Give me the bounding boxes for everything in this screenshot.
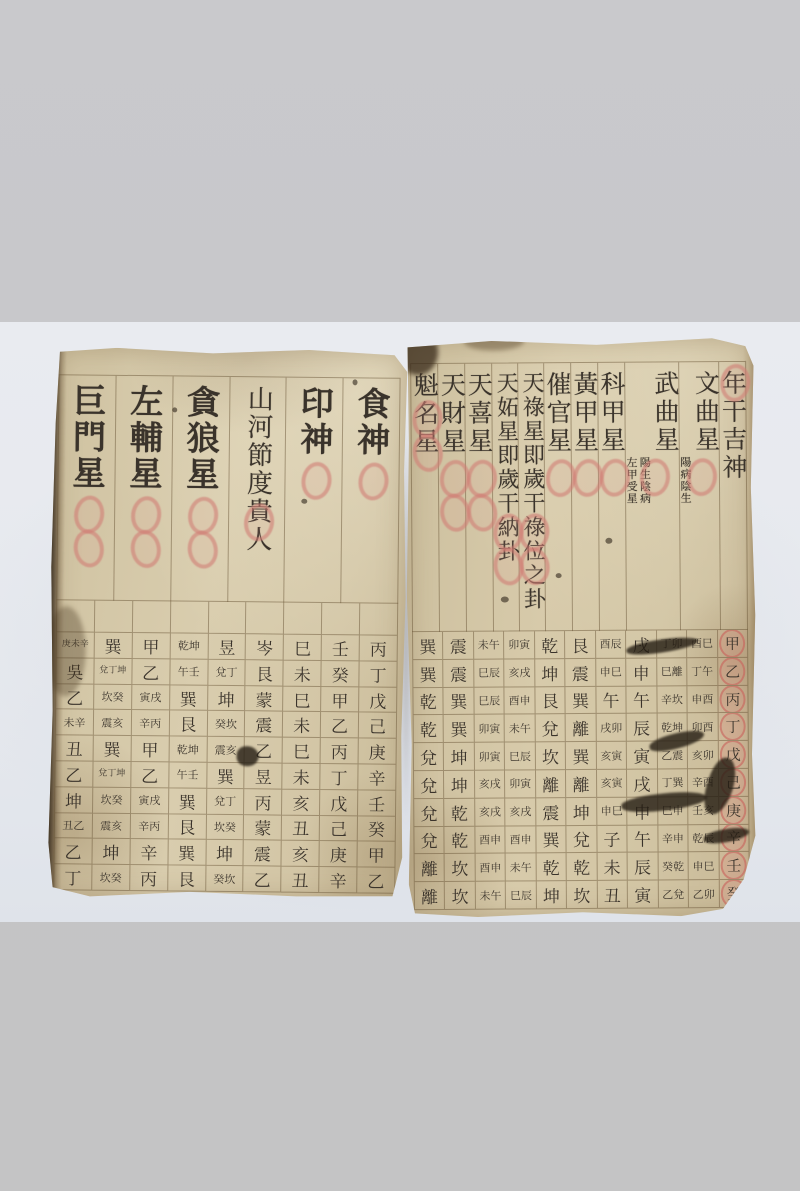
grid-cell: 坤	[54, 787, 92, 813]
column-title: 文曲星	[692, 370, 720, 630]
grid-cell: 蒙	[243, 815, 281, 841]
year-stem-cell: 甲	[717, 630, 748, 658]
grid-cell: 丑乙	[54, 813, 92, 839]
ink-dot	[172, 407, 177, 412]
grid-cell: 艮	[167, 814, 205, 840]
grid-cell: 乙	[54, 761, 92, 787]
grid-cell: 兌	[413, 771, 444, 799]
header-column-3: 武曲星陽生陰病左甲受星	[624, 362, 680, 630]
grid-cell: 乙	[130, 762, 168, 788]
grid-cell: 兌丁	[207, 660, 245, 686]
grid-cell: 乾	[413, 715, 444, 743]
grid-cell: 離	[565, 714, 596, 742]
grid-cell: 兌	[534, 715, 565, 743]
grid-cell: 巳辰	[504, 743, 535, 771]
grid-cell: 巽	[565, 686, 596, 714]
grid-cell: 離	[535, 770, 566, 798]
grid-cell: 離	[414, 854, 445, 882]
grid-cell: 亥寅	[596, 742, 627, 770]
grid-cell: 乾	[444, 826, 475, 854]
right-page-header-row: 年干吉神文曲星陽病陰生武曲星陽生陰病左甲受星科甲星黃甲星催官星天祿星即歲干祿位之…	[410, 361, 748, 632]
grid-cell: 巽	[535, 826, 566, 854]
column-title: 黃甲星	[571, 371, 599, 631]
grid-cell: 巳	[282, 738, 320, 764]
grid-cell: 震	[244, 712, 282, 738]
grid-cell: 巽	[168, 788, 206, 814]
grid-cell: 申巳	[688, 852, 719, 880]
grid-cell: 壬	[321, 635, 359, 661]
grid-cell: 午壬	[168, 762, 206, 788]
grid-cell: 巽	[412, 632, 443, 660]
year-stem-cell: 丙	[717, 685, 748, 713]
grid-cell: 坤	[91, 839, 129, 865]
left-page-table: 丙壬巳岑昱乾坤甲巽庚未辛丁癸未艮兌丁午壬乙兌丁坤吳戊甲巳蒙坤巽寅戌坎癸乙己乙未震…	[53, 599, 398, 894]
grid-cell: 酉申	[474, 854, 505, 882]
grid-cell: 兌	[413, 827, 444, 855]
grid-cell	[94, 601, 132, 633]
grid-cell: 巳辰	[473, 687, 504, 715]
grid-cell: 申巳	[595, 658, 626, 686]
grid-cell: 癸	[357, 816, 395, 842]
grid-cell: 未	[596, 853, 627, 881]
grid-cell: 亥	[281, 841, 319, 867]
column-title: 天祿星即歲干祿位之卦	[519, 371, 544, 631]
grid-cell: 坎	[444, 882, 475, 910]
year-stem-cell: 壬	[718, 852, 749, 880]
grid-cell: 酉辰	[595, 631, 626, 659]
grid-cell: 艮	[168, 711, 206, 737]
column-title: 左輔星	[125, 384, 162, 601]
grid-cell: 坎癸	[93, 684, 131, 710]
grid-cell: 巽	[92, 736, 130, 762]
grid-cell: 亥戌	[504, 659, 535, 687]
grid-cell: 卯寅	[474, 715, 505, 743]
grid-cell: 戊	[319, 790, 357, 816]
header-column-8: 天妬星即歲干納卦	[491, 363, 519, 631]
column-title: 科甲星	[598, 371, 626, 631]
grid-cell: 巽	[443, 715, 474, 743]
grid-cell: 兌丁坤	[93, 658, 131, 684]
grid-cell: 乙	[131, 659, 169, 685]
grid-cell: 岑	[245, 634, 283, 660]
ink-dot	[353, 379, 358, 385]
grid-cell: 坎	[535, 742, 566, 770]
grid-cell: 辛坎	[656, 686, 687, 714]
grid-cell: 亥寅	[596, 770, 627, 798]
grid-cell: 艮	[564, 631, 595, 659]
grid-cell: 未	[282, 712, 320, 738]
header-column-1: 年干吉神	[718, 362, 747, 630]
vermilion-ring: 壬	[721, 852, 747, 880]
grid-cell: 坤	[534, 659, 565, 687]
grid-cell: 辛	[318, 867, 356, 893]
grid-cell: 坤	[565, 798, 596, 826]
grid-cell: 未午	[475, 882, 506, 910]
grid-cell: 卯寅	[474, 743, 505, 771]
grid-cell: 坤	[205, 840, 243, 866]
grid-cell: 庚	[319, 841, 357, 867]
grid-cell: 坎癸	[91, 865, 129, 891]
grid-cell: 坎癸	[205, 814, 243, 840]
grid-cell: 丑	[281, 867, 319, 893]
grid-cell: 丑	[597, 881, 628, 909]
grid-cell: 巽	[565, 742, 596, 770]
header-column-4: 貪狼星	[170, 376, 229, 602]
grid-cell: 昱	[244, 763, 282, 789]
grid-cell: 亥	[281, 789, 319, 815]
vermilion-ring: 乙	[719, 658, 745, 686]
grid-cell: 乙	[320, 712, 358, 738]
grid-cell: 蒙	[245, 686, 283, 712]
grid-cell: 甲	[131, 633, 169, 659]
grid-cell: 未午	[473, 632, 504, 660]
grid-cell: 巳	[282, 686, 320, 712]
grid-cell: 乾坤	[168, 737, 206, 763]
header-column-2: 文曲星陽病陰生	[678, 362, 720, 630]
header-column-11: 魁名星	[410, 364, 439, 632]
grid-cell: 巳	[283, 635, 321, 661]
ink-dot	[605, 538, 612, 544]
grid-cell: 辛丙	[131, 710, 169, 736]
grid-cell: 乙卯	[688, 880, 719, 908]
header-column-9: 天喜星	[464, 364, 493, 632]
grid-cell: 丑	[281, 815, 319, 841]
grid-cell: 癸	[321, 661, 359, 687]
grid-cell: 震	[243, 841, 281, 867]
grid-cell: 丁	[358, 661, 396, 687]
grid-cell: 亥戌	[474, 798, 505, 826]
right-page: 年干吉神文曲星陽病陰生武曲星陽生陰病左甲受星科甲星黃甲星催官星天祿星即歲干祿位之…	[404, 337, 758, 919]
grid-cell: 巽	[206, 763, 244, 789]
grid-cell: 丙	[320, 738, 358, 764]
grid-cell: 震亥	[92, 813, 130, 839]
grid-cell: 己	[319, 816, 357, 842]
grid-cell: 酉申	[474, 826, 505, 854]
header-column-7: 天祿星即歲干祿位之卦	[517, 363, 545, 631]
grid-cell: 卯寅	[503, 631, 534, 659]
grid-cell: 震	[442, 632, 473, 660]
grid-cell: 丙	[129, 865, 167, 891]
year-stem-cell: 丁	[717, 713, 748, 741]
grid-cell: 寅	[627, 881, 658, 909]
grid-cell: 艮	[245, 660, 283, 686]
ink-dot	[501, 597, 509, 603]
grid-cell: 丙	[359, 635, 397, 661]
grid-cell	[132, 601, 170, 633]
grid-cell: 辰	[626, 714, 657, 742]
column-title: 武曲星	[652, 370, 680, 630]
header-column-10: 天財星	[437, 364, 466, 632]
grid-cell: 丁	[320, 764, 358, 790]
grid-cell: 辛	[357, 764, 395, 790]
grid-cell: 丑	[55, 735, 93, 761]
grid-cell: 乾坤	[169, 633, 207, 659]
grid-cell: 丁午	[686, 658, 717, 686]
grid-cell: 巽	[167, 840, 205, 866]
grid-cell: 乙	[356, 868, 394, 894]
grid-cell: 申酉	[687, 686, 718, 714]
grid-cell: 坤	[207, 685, 245, 711]
grid-cell: 艮	[167, 866, 205, 892]
grid-cell: 未午	[505, 854, 536, 882]
grid-cell: 坎	[566, 881, 597, 909]
grid-cell: 兌丁坤	[92, 762, 130, 788]
grid-cell: 乙	[243, 866, 281, 892]
ink-smudge	[237, 746, 259, 766]
ink-dot	[301, 499, 307, 504]
grid-cell: 亥戌	[474, 771, 505, 799]
grid-cell: 乾	[444, 799, 475, 827]
grid-cell: 亥戌	[505, 798, 536, 826]
grid-cell: 子	[596, 825, 627, 853]
header-column-2: 印神	[284, 378, 343, 604]
grid-cell: 兌	[413, 743, 444, 771]
grid-cell: 乾	[566, 853, 597, 881]
header-column-1: 食神	[340, 378, 399, 604]
grid-cell: 乙	[53, 839, 91, 865]
grid-cell: 庚	[358, 739, 396, 765]
grid-cell: 巳辰	[473, 659, 504, 687]
grid-cell: 巳離	[656, 658, 687, 686]
grid-cell: 未午	[504, 715, 535, 743]
grid-cell: 巽	[94, 633, 132, 659]
grid-cell: 未	[282, 764, 320, 790]
left-page: 食神印神山河節度貴人貪狼星左輔星巨門星 丙壬巳岑昱乾坤甲巽庚未辛丁癸未艮兌丁午壬…	[47, 346, 409, 902]
grid-cell	[359, 603, 397, 635]
ink-dot	[556, 573, 562, 578]
grid-cell: 震	[443, 660, 474, 688]
grid-cell: 酉申	[504, 687, 535, 715]
column-title: 催官星	[544, 371, 572, 631]
grid-cell: 昱	[207, 634, 245, 660]
grid-cell: 巽	[169, 685, 207, 711]
grid-cell: 巽	[443, 687, 474, 715]
column-title: 山河節度貴人	[242, 385, 271, 602]
grid-cell: 寅戌	[131, 685, 169, 711]
grid-cell	[283, 603, 321, 635]
grid-cell: 巳辰	[505, 881, 536, 909]
grid-cell: 丁	[53, 864, 91, 890]
grid-cell	[245, 602, 283, 634]
grid-cell: 辛丙	[130, 814, 168, 840]
grid-cell: 巽	[412, 660, 443, 688]
header-column-6: 催官星	[543, 363, 572, 631]
vermilion-ring: 甲	[719, 630, 745, 658]
grid-cell: 震亥	[93, 710, 131, 736]
grid-cell: 乙兌	[657, 880, 688, 908]
grid-cell: 乾	[534, 631, 565, 659]
grid-cell: 坤	[536, 881, 567, 909]
grid-cell: 辛	[129, 839, 167, 865]
grid-cell: 坎癸	[92, 787, 130, 813]
grid-cell: 甲	[130, 736, 168, 762]
grid-cell: 震	[535, 798, 566, 826]
header-column-5: 黃甲星	[570, 363, 599, 631]
grid-cell: 艮	[534, 687, 565, 715]
header-column-4: 科甲星	[597, 363, 626, 631]
grid-cell: 戊	[358, 687, 396, 713]
grid-cell: 兌	[566, 825, 597, 853]
column-title: 天妬星即歲干納卦	[493, 371, 518, 631]
grid-cell: 甲	[357, 842, 395, 868]
grid-cell: 午	[626, 686, 657, 714]
grid-cell: 乾	[535, 853, 566, 881]
grid-cell: 戌卯	[595, 714, 626, 742]
grid-cell: 壬	[357, 790, 395, 816]
year-stem-cell: 乙	[717, 658, 748, 686]
grid-cell	[207, 602, 245, 634]
header-column-6: 巨門星	[56, 375, 115, 601]
grid-cell: 申巳	[596, 797, 627, 825]
grid-cell: 兌丁	[206, 789, 244, 815]
grid-cell: 坎	[444, 854, 475, 882]
left-page-header-row: 食神印神山河節度貴人貪狼星左輔星巨門星	[56, 374, 400, 604]
grid-cell: 己	[358, 713, 396, 739]
grid-cell: 丙	[243, 789, 281, 815]
column-title: 貪狼星	[182, 385, 219, 602]
grid-cell: 寅戌	[130, 788, 168, 814]
grid-cell	[170, 601, 208, 633]
grid-cell: 癸坎	[206, 711, 244, 737]
grid-cell: 乾	[412, 688, 443, 716]
grid-cell: 亥卯	[687, 741, 718, 769]
grid-cell: 癸坎	[205, 866, 243, 892]
grid-cell: 午	[595, 686, 626, 714]
grid-cell: 未辛	[55, 710, 93, 736]
grid-cell: 辰	[627, 853, 658, 881]
header-column-5: 左輔星	[113, 376, 172, 602]
grid-cell: 辛申	[657, 825, 688, 853]
grid-cell: 申	[625, 658, 656, 686]
grid-cell: 兌	[413, 799, 444, 827]
grid-cell: 午	[627, 825, 658, 853]
vermilion-ring: 丙	[720, 685, 746, 713]
grid-cell: 甲	[320, 687, 358, 713]
column-title: 巨門星	[68, 383, 105, 600]
photo-of-manuscript: { "scene": { "description_colors": { "ba…	[0, 0, 800, 1191]
grid-cell: 坤	[443, 771, 474, 799]
grid-cell: 離	[565, 770, 596, 798]
grid-cell: 離	[414, 882, 445, 910]
grid-cell: 戌	[626, 769, 657, 797]
grid-cell: 卯寅	[504, 770, 535, 798]
grid-cell: 震	[564, 659, 595, 687]
grid-cell	[321, 603, 359, 635]
right-page-table: 甲酉巳丁卯戌酉辰艮乾卯寅未午震巽乙丁午巳離申申巳震坤亥戌巳辰震巽丙申酉辛坎午午巽…	[412, 629, 750, 910]
grid-cell: 午壬	[169, 659, 207, 685]
grid-cell: 癸乾	[657, 853, 688, 881]
column-title: 年干吉神	[719, 370, 747, 630]
vermilion-ring: 丁	[720, 713, 746, 741]
grid-cell: 坤	[443, 743, 474, 771]
grid-cell: 未	[283, 660, 321, 686]
header-column-3: 山河節度貴人	[227, 377, 286, 603]
grid-cell: 酉申	[505, 826, 536, 854]
